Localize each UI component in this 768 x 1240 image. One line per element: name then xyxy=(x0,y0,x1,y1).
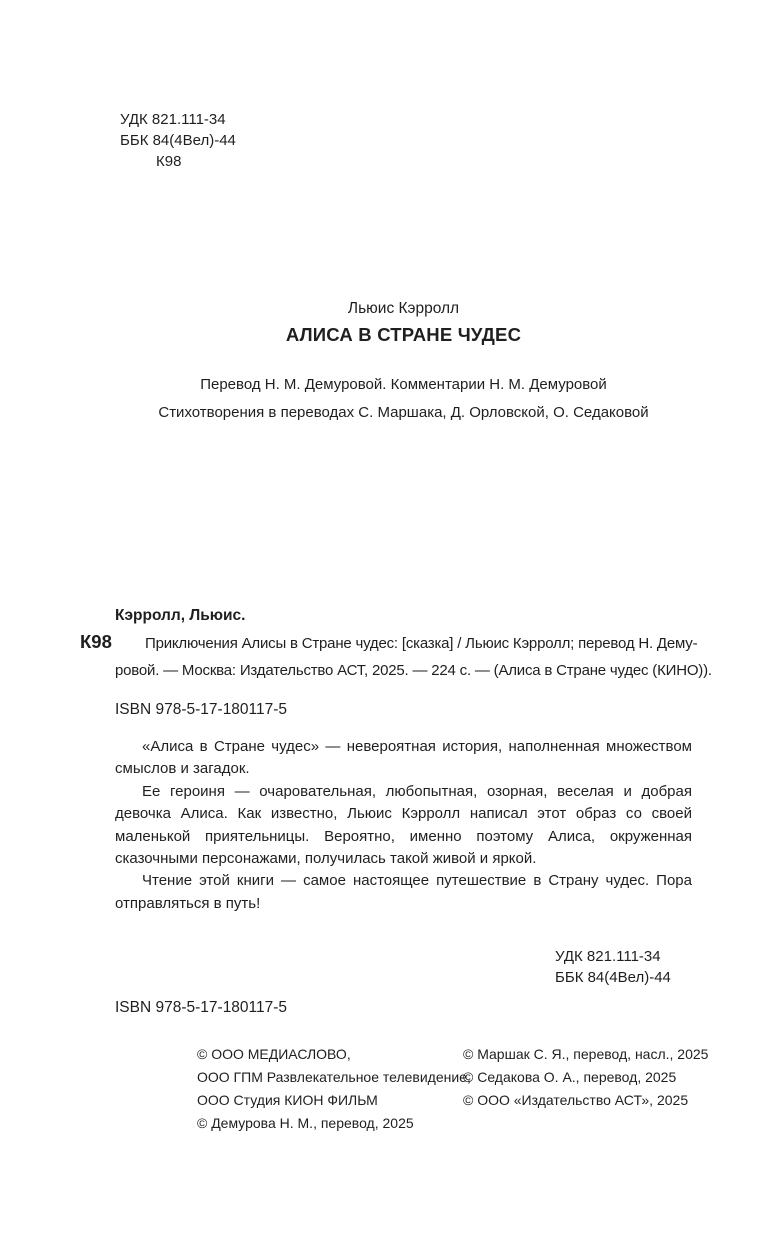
book-imprint-page: УДК 821.111-34 ББК 84(4Вел)-44 К98 Льюис… xyxy=(0,0,768,1240)
catalog-author-sign: К98 xyxy=(80,631,112,653)
catalog-author-heading: Кэрролл, Льюис. xyxy=(115,602,768,630)
annotation-paragraph: Чтение этой книги — самое настоящее путе… xyxy=(115,870,692,915)
copyright-line: © ООО МЕДИАСЛОВО, xyxy=(197,1043,471,1066)
translation-credit-line: Перевод Н. М. Демуровой. Комментарии Н. … xyxy=(115,371,692,399)
credits-block: Перевод Н. М. Демуровой. Комментарии Н. … xyxy=(115,371,692,427)
udk-code: УДК 821.111-34 xyxy=(120,109,236,130)
poems-credit-line: Стихотворения в переводах С. Маршака, Д.… xyxy=(115,399,692,427)
catalog-entry-line: ровой. — Москва: Издательство АСТ, 2025.… xyxy=(115,657,768,684)
copyright-line: ООО ГПМ Развлекательное телевидение, xyxy=(197,1066,471,1089)
copyright-line: © Маршак С. Я., перевод, насл., 2025 xyxy=(463,1043,708,1066)
copyright-line: ООО Студия КИОН ФИЛЬМ xyxy=(197,1089,471,1112)
author-sign-code: К98 xyxy=(120,151,236,172)
top-codes-block: УДК 821.111-34 ББК 84(4Вел)-44 К98 xyxy=(120,109,236,172)
annotation-block: «Алиса в Стране чудес» — невероятная ист… xyxy=(115,736,692,915)
copyright-line: © Демурова Н. М., перевод, 2025 xyxy=(197,1112,471,1135)
copyright-line: © ООО «Издательство АСТ», 2025 xyxy=(463,1089,708,1112)
copyright-line: © Седакова О. А., перевод, 2025 xyxy=(463,1066,708,1089)
udk-code: УДК 821.111-34 xyxy=(555,946,671,967)
title-block: Льюис Кэрролл АЛИСА В СТРАНЕ ЧУДЕС xyxy=(115,299,692,346)
book-title: АЛИСА В СТРАНЕ ЧУДЕС xyxy=(115,324,692,346)
catalog-card: Кэрролл, Льюис. К98 Приключения Алисы в … xyxy=(0,602,768,684)
isbn-number: ISBN 978-5-17-180117-5 xyxy=(115,999,287,1017)
bbk-code: ББК 84(4Вел)-44 xyxy=(555,967,671,988)
isbn-number: ISBN 978-5-17-180117-5 xyxy=(115,701,287,719)
catalog-entry-line: Приключения Алисы в Стране чудес: [сказк… xyxy=(145,630,768,657)
annotation-paragraph: «Алиса в Стране чудес» — невероятная ист… xyxy=(115,736,692,781)
copyright-right-column: © Маршак С. Я., перевод, насл., 2025 © С… xyxy=(463,1043,708,1112)
bottom-codes-block: УДК 821.111-34 ББК 84(4Вел)-44 xyxy=(555,946,671,988)
copyright-left-column: © ООО МЕДИАСЛОВО, ООО ГПМ Развлекательно… xyxy=(197,1043,471,1135)
author-name: Льюис Кэрролл xyxy=(115,299,692,319)
annotation-paragraph: Ее героиня — очаровательная, любопытная,… xyxy=(115,781,692,871)
bbk-code: ББК 84(4Вел)-44 xyxy=(120,130,236,151)
